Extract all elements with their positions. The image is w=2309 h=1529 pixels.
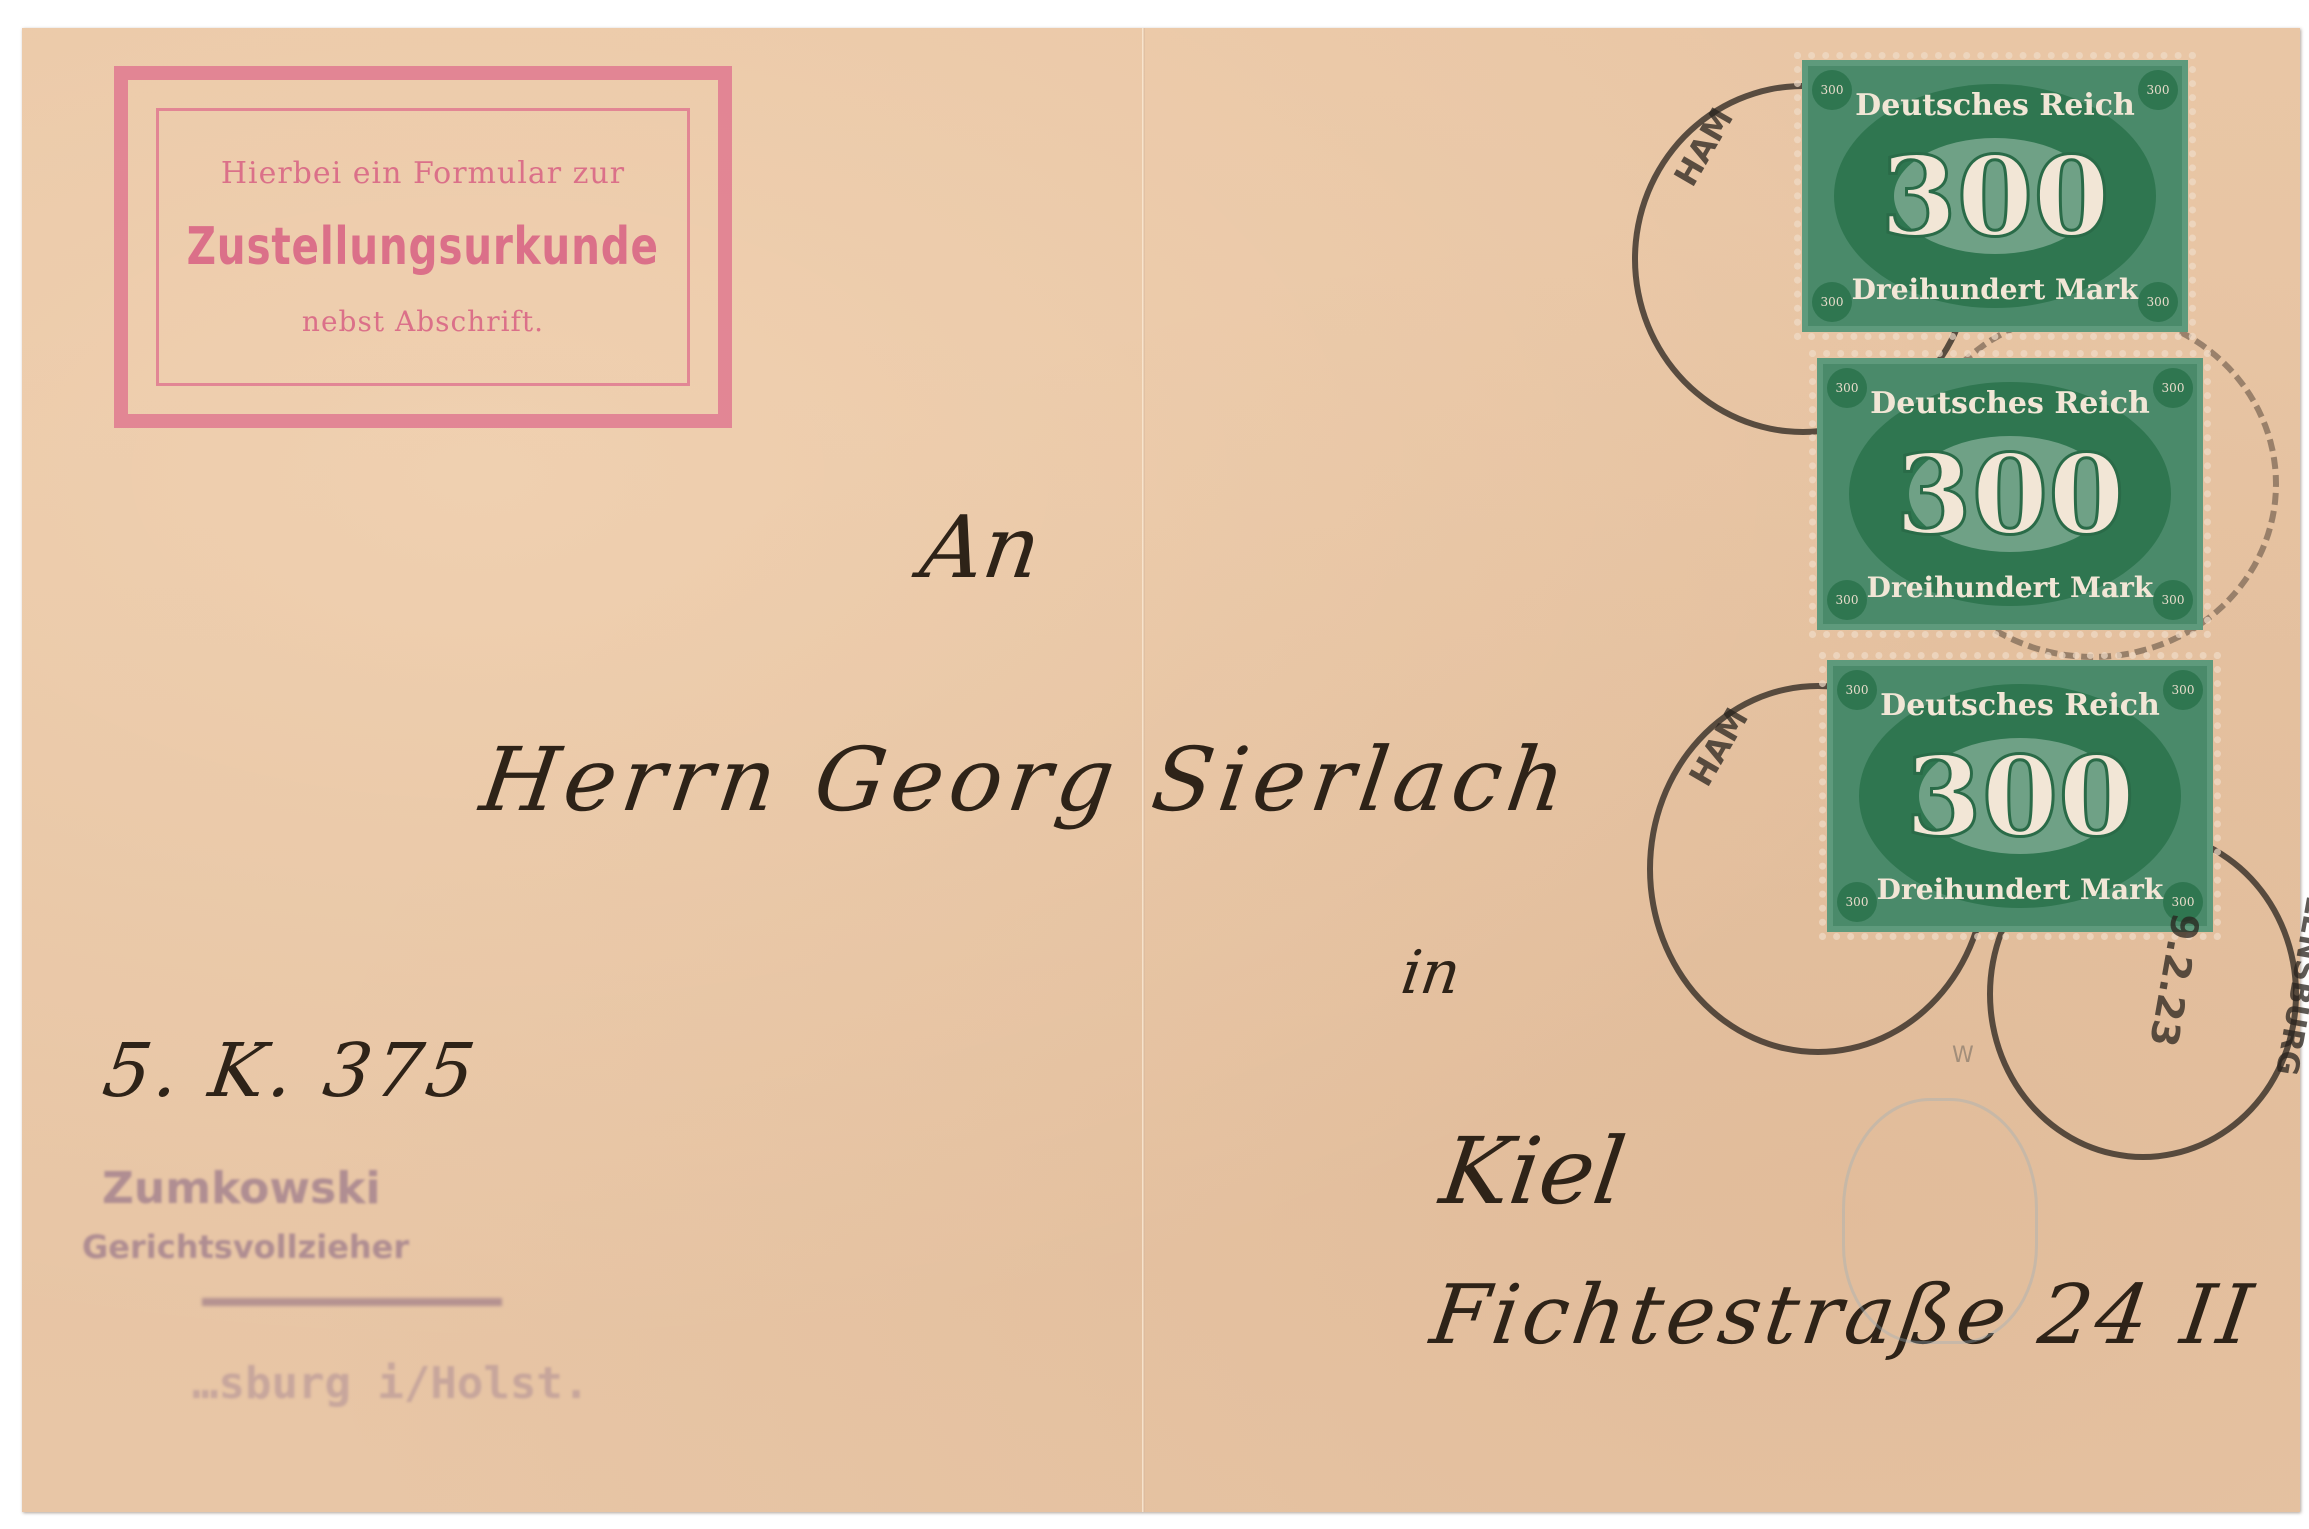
sender-stamp-rule	[202, 1298, 502, 1306]
stamp-value: 300	[1905, 732, 2135, 861]
sender-stamp-title: Gerichtsvollzieher	[82, 1228, 409, 1266]
stamp-country: Deutsches Reich	[1808, 88, 2182, 123]
envelope: Hierbei ein Formular zur Zustellungsurku…	[22, 28, 2300, 1512]
stamp-corner: 300	[1812, 282, 1852, 322]
stamp-country: Deutsches Reich	[1833, 688, 2207, 723]
sender-stamp-place: …sburg i/Holst.	[192, 1358, 589, 1409]
stamp-value-text: Dreihundert Mark	[1808, 273, 2182, 306]
address-street: Fichtestraße 24 II	[1425, 1268, 2261, 1363]
small-w-mark: W	[1952, 1043, 1974, 1068]
stamp-value-text: Dreihundert Mark	[1823, 571, 2197, 604]
stamp-corner: 300	[2138, 282, 2178, 322]
reference-note: 5. K. 375	[98, 1028, 484, 1114]
red-box-line-2: Zustellungsurkunde	[187, 217, 659, 277]
red-box-stamp: Hierbei ein Formular zur Zustellungsurku…	[114, 66, 732, 428]
stamp-country: Deutsches Reich	[1823, 386, 2197, 421]
address-salutation: An	[915, 498, 1047, 598]
address-city: Kiel	[1434, 1118, 1631, 1225]
stamp-corner: 300	[1827, 580, 1867, 620]
stamp-corner: 300	[2138, 70, 2178, 110]
address-preposition: in	[1397, 938, 1465, 1008]
red-box-inner-frame: Hierbei ein Formular zur Zustellungsurku…	[156, 108, 690, 386]
stamp-corner: 300	[1837, 670, 1877, 710]
postage-stamp-3: 300 Deutsches Reich Dreihundert Mark 300…	[1827, 660, 2213, 932]
stamp-corner: 300	[1827, 368, 1867, 408]
stamp-corner: 300	[2153, 368, 2193, 408]
postage-stamp-1: 300 Deutsches Reich Dreihundert Mark 300…	[1802, 60, 2188, 332]
stamp-corner: 300	[1812, 70, 1852, 110]
address-recipient: Herrn Georg Sierlach	[475, 728, 1578, 831]
stamp-value: 300	[1880, 132, 2110, 261]
sender-stamp-name: Zumkowski	[102, 1163, 381, 1214]
red-box-line-3: nebst Abschrift.	[302, 305, 544, 338]
stamp-corner: 300	[2163, 670, 2203, 710]
stamp-corner: 300	[2153, 580, 2193, 620]
postage-stamp-2: 300 Deutsches Reich Dreihundert Mark 300…	[1817, 358, 2203, 630]
faint-blue-mark	[1842, 1098, 2038, 1344]
stamp-corner: 300	[1837, 882, 1877, 922]
stamp-value: 300	[1895, 430, 2125, 559]
red-box-line-1: Hierbei ein Formular zur	[221, 156, 625, 191]
stamp-value-text: Dreihundert Mark	[1833, 873, 2207, 906]
